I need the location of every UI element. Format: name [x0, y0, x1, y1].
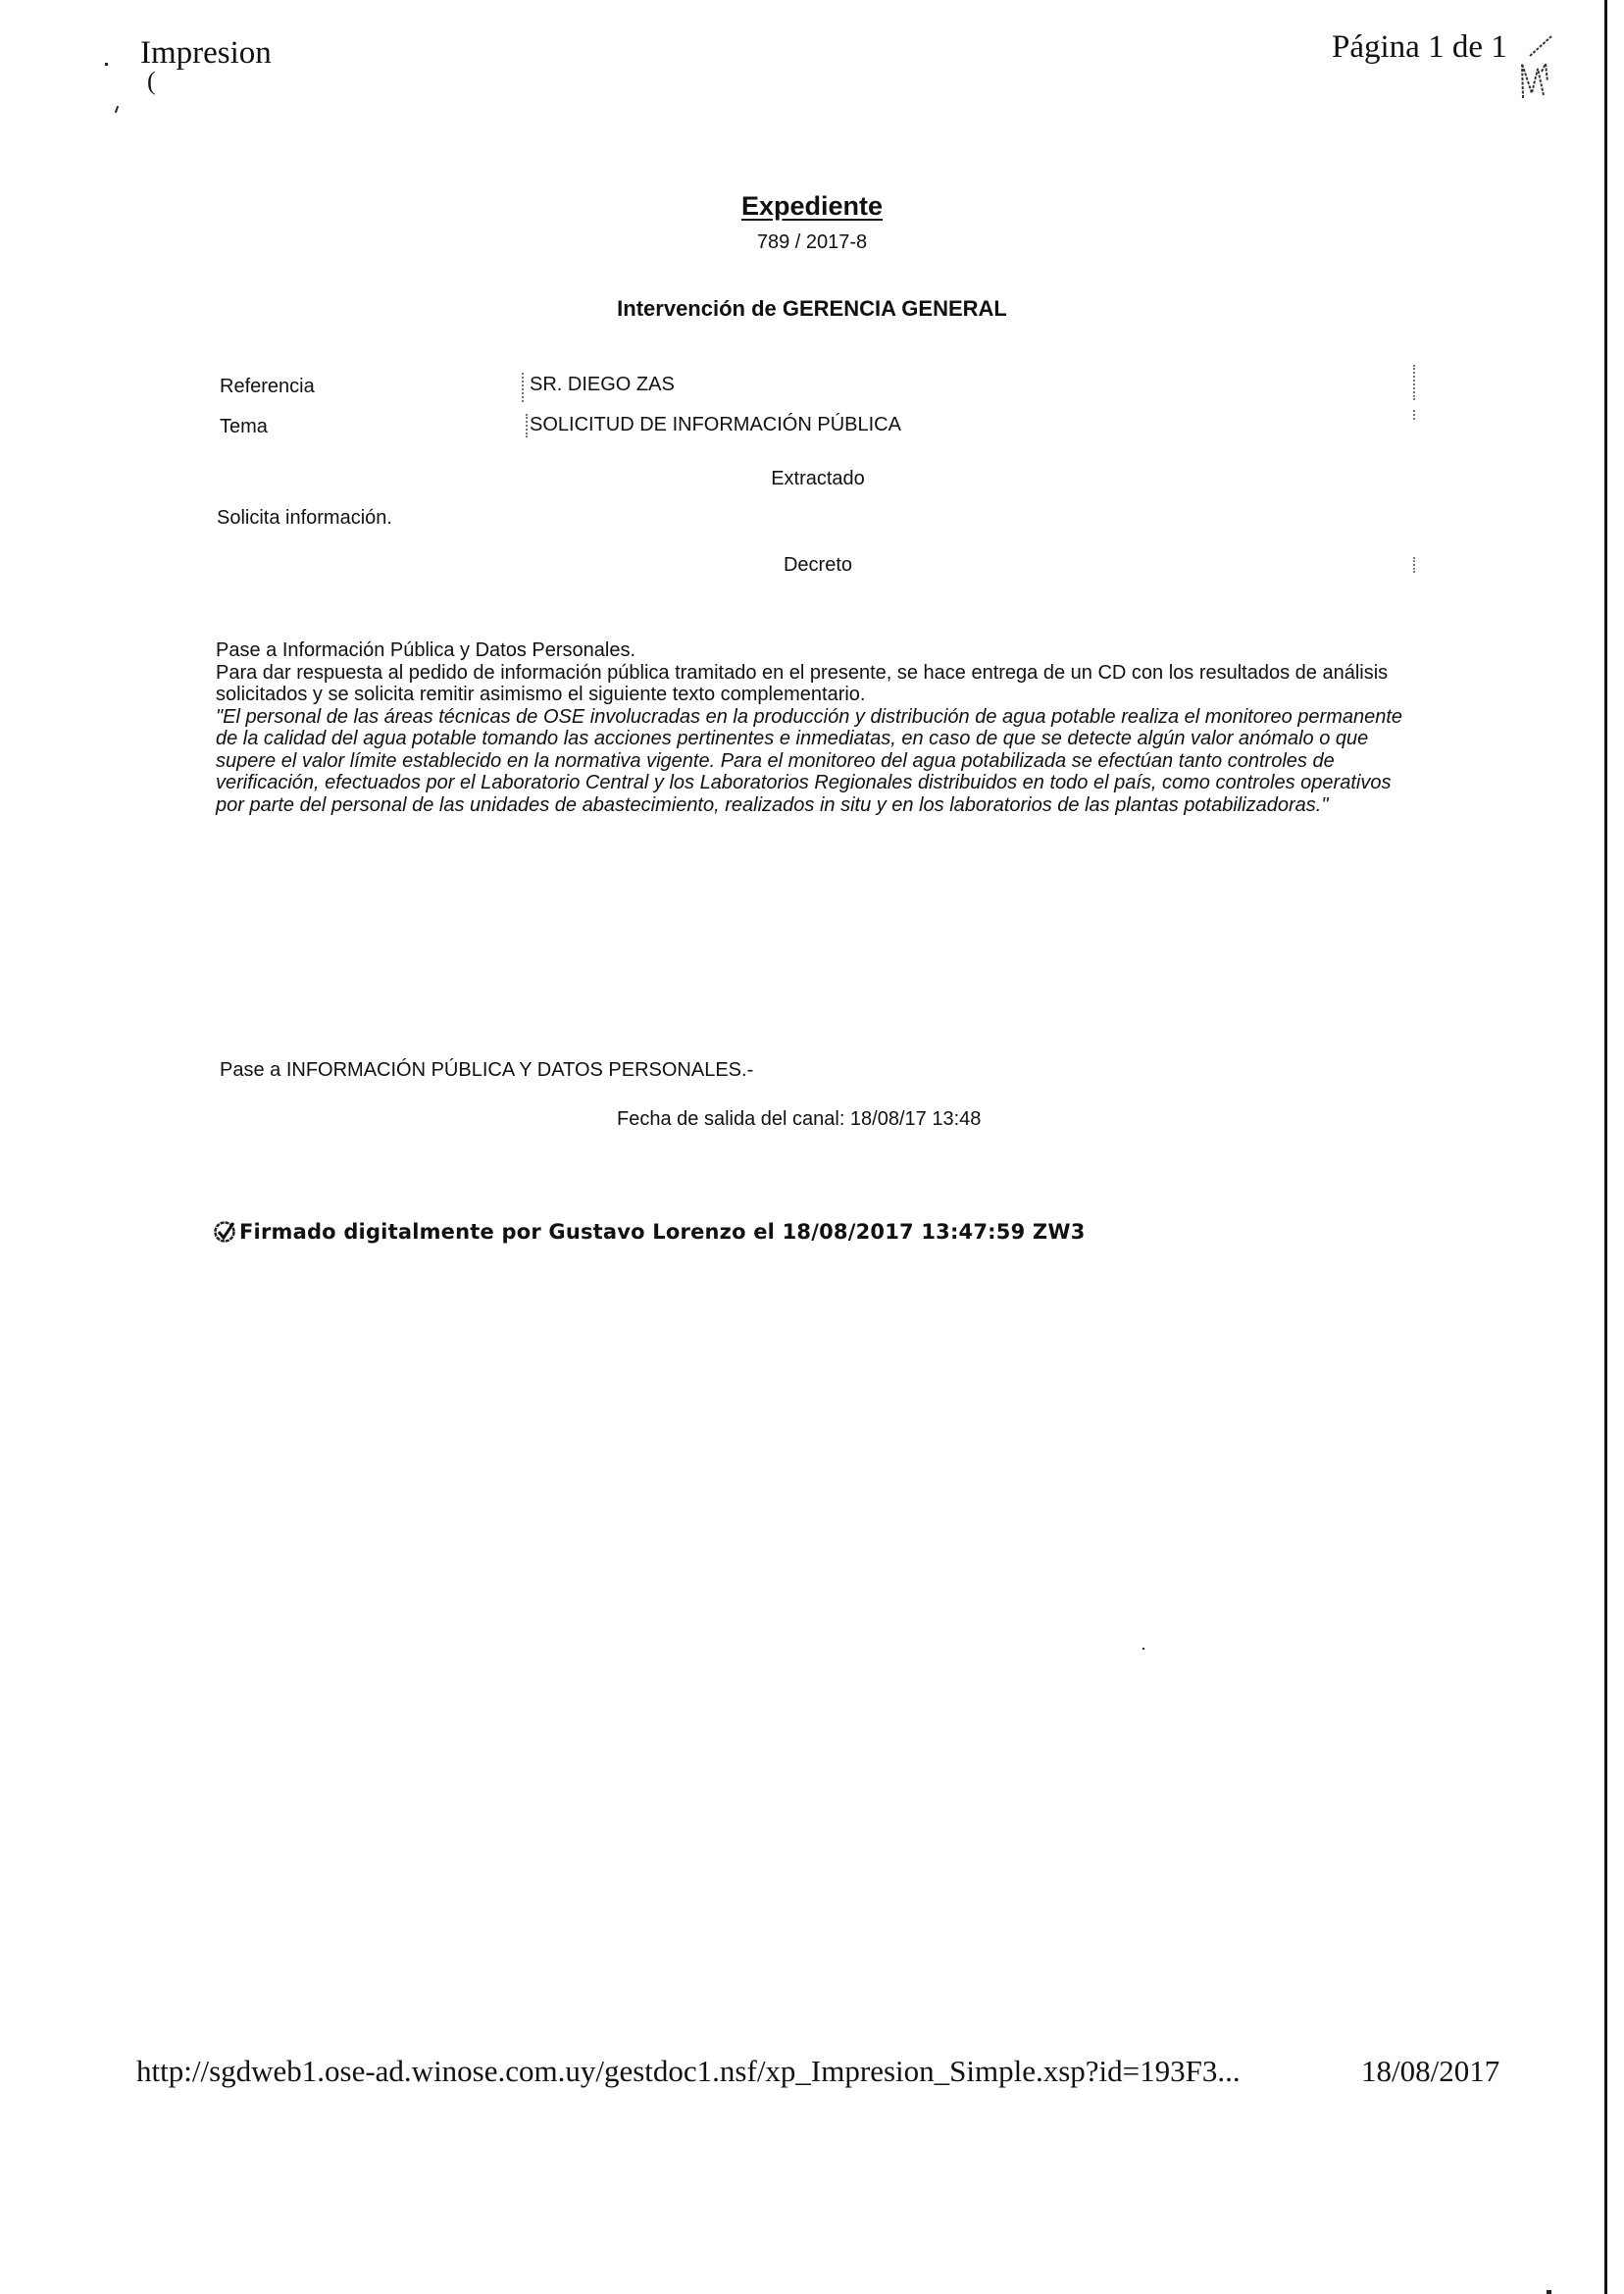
footer-url: http://sgdweb1.ose-ad.winose.com.uy/gest…	[136, 2054, 1241, 2089]
signature-text: Firmado digitalmente por Gustavo Lorenzo…	[239, 1220, 1086, 1244]
scan-speck	[105, 63, 108, 66]
extractado-text: Solicita información.	[217, 507, 392, 530]
expediente-number: 789 / 2017-8	[0, 231, 1624, 254]
right-dotted-marker	[1413, 410, 1415, 420]
field-separator	[522, 373, 524, 402]
page-indicator: Página 1 de 1	[1332, 29, 1507, 66]
decreto-quote: "El personal de las áreas técnicas de OS…	[216, 706, 1424, 817]
print-header-title: Impresion	[140, 35, 272, 72]
extractado-heading: Extractado	[0, 468, 1624, 490]
handwritten-folio-mark-icon	[1518, 34, 1567, 103]
digital-signature-check-icon	[213, 1220, 236, 1244]
field-label-referencia: Referencia	[220, 376, 315, 398]
field-value-referencia: SR. DIEGO ZAS	[530, 374, 675, 396]
intervention-heading: Intervención de GERENCIA GENERAL	[0, 296, 1624, 322]
decreto-paragraph: Pase a Información Pública y Datos Perso…	[216, 639, 1424, 662]
scan-speck	[1142, 1648, 1144, 1650]
digital-signature: Firmado digitalmente por Gustavo Lorenzo…	[213, 1220, 1086, 1244]
decreto-heading: Decreto	[0, 554, 1624, 577]
scan-speck	[115, 106, 119, 113]
field-value-tema: SOLICITUD DE INFORMACIÓN PÚBLICA	[530, 414, 901, 436]
scan-speck	[1547, 2290, 1551, 2294]
right-dotted-marker	[1413, 365, 1415, 400]
field-label-tema: Tema	[220, 416, 268, 438]
fecha-salida-text: Fecha de salida del canal: 18/08/17 13:4…	[617, 1108, 981, 1131]
decreto-paragraph: Para dar respuesta al pedido de informac…	[216, 662, 1424, 706]
footer-date: 18/08/2017	[1361, 2054, 1499, 2089]
handwritten-paren: (	[147, 67, 156, 96]
decreto-body: Pase a Información Pública y Datos Perso…	[216, 639, 1424, 816]
pase-final-text: Pase a INFORMACIÓN PÚBLICA Y DATOS PERSO…	[220, 1059, 753, 1082]
field-separator	[526, 414, 528, 437]
scan-edge-line	[1604, 0, 1607, 2294]
document-title: Expediente	[0, 191, 1624, 222]
